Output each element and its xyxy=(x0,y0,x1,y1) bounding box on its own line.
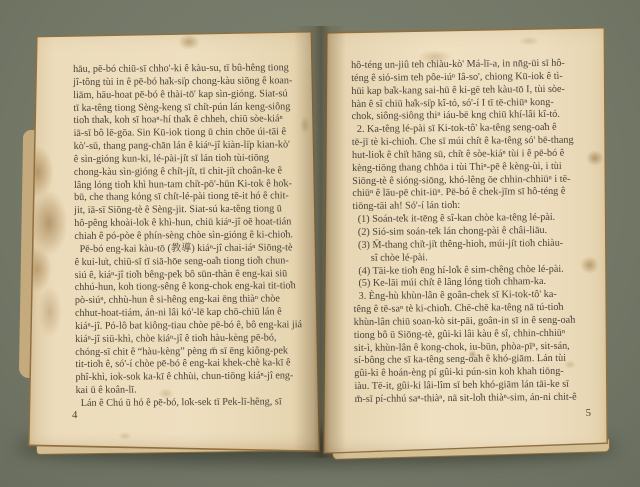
text-line: ê kui-lu̍t, chiū-sī tī siā-hōe seng-oa̍h… xyxy=(75,255,315,270)
right-page-number: 5 xyxy=(569,407,591,419)
text-line: m̄-sī pí-chhú saⁿ-thiàⁿ, nā sit-lo̍h thi… xyxy=(354,391,594,406)
stain xyxy=(38,286,62,338)
left-page: hāu, pē-bó chiū-sī chho'-ki ê kàu-su, tī… xyxy=(26,28,324,456)
stain xyxy=(518,36,540,46)
right-page-paper: hô-téng un-jiû teh chiàu-kò' Má-lī-a, in… xyxy=(320,24,612,460)
text-line: kiáⁿ-jî. Pó-lô bat kiông-tiau chòe pē-bó… xyxy=(75,319,315,334)
text-line: hūi kap ba̍k-kang sai-hū ê ki-gē teh kàu… xyxy=(351,83,591,98)
text-line: kò'-sū, thang pang-chān lán ê kiáⁿ-jî ki… xyxy=(74,139,314,154)
text-line: Lán ê Chú ū hó ê pē-bó, lo̍k-sek tī Pek-… xyxy=(76,396,316,411)
photo-scene: hāu, pē-bó chiū-sī chho'-ki ê kàu-su, tī… xyxy=(0,0,640,487)
stain xyxy=(178,34,200,50)
left-page-paper: hāu, pē-bó chiū-sī chho'-ki ê kàu-su, tī… xyxy=(26,28,324,456)
right-page: hô-téng un-jiû teh chiàu-kò' Má-lī-a, in… xyxy=(320,24,612,460)
text-line: liām, hāu-hoat pē-bó ê thài-tō' kap sìn-… xyxy=(73,88,313,103)
stain xyxy=(118,432,132,440)
stain xyxy=(30,190,68,256)
photo-background: { "scene": { "background_color": "#74786… xyxy=(0,0,640,487)
left-page-number: 4 xyxy=(72,409,77,421)
text-line: phî-khì, iok-sok ka-kī ê chhùi, chun-tiō… xyxy=(75,370,315,385)
left-page-text: hāu, pē-bó chiū-sī chho'-ki ê kàu-su, tī… xyxy=(73,62,316,411)
stain xyxy=(168,26,180,36)
right-page-text: hô-téng un-jiû teh chiàu-kò' Má-lī-a, in… xyxy=(351,57,595,406)
text-line: (3) M̄-thang chi̍t-ji̍t thêng-hioh, múi-… xyxy=(353,237,593,252)
